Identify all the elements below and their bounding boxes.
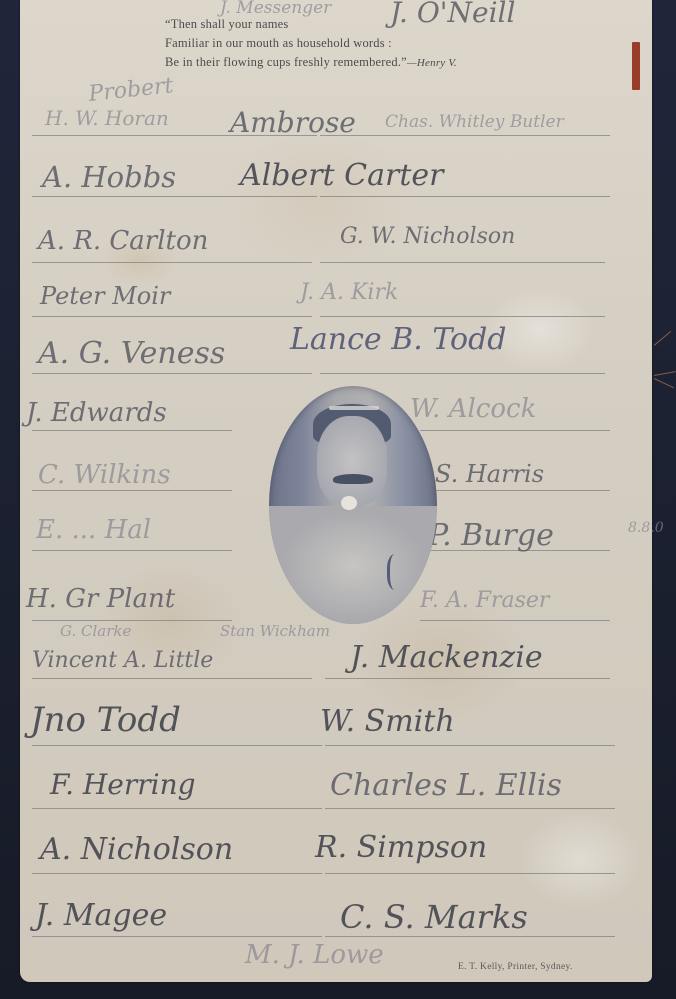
rule-left-13 [32, 873, 322, 874]
signature-left-8: E. ... Hal [36, 515, 151, 545]
rule-right-5 [320, 373, 605, 374]
signature-right-3: G. W. Nicholson [340, 224, 515, 249]
quote-line-3: Be in their flowing cups freshly remembe… [165, 53, 605, 73]
signature-left-5: A. G. Veness [38, 336, 225, 371]
rule-left-3 [32, 262, 312, 263]
printed-quote: “Then shall your names Familiar in our m… [165, 15, 605, 73]
portrait-jersey [269, 506, 437, 624]
signature-messenger: J. Messenger [220, 0, 331, 18]
red-tab-marker [632, 42, 640, 90]
signature-extra-wickham: Stan Wickham [220, 622, 330, 640]
rule-left-8 [32, 550, 232, 551]
signature-right-4: J. A. Kirk [300, 280, 398, 305]
signature-right-10: J. Mackenzie [350, 640, 543, 675]
portrait-headband [329, 406, 379, 410]
signature-extra-butler: Chas. Whitley Butler [385, 112, 564, 132]
signature-left-2: A. Hobbs [42, 160, 176, 194]
player-portrait [269, 386, 437, 624]
portrait-collar [341, 496, 357, 510]
rule-left-7 [32, 490, 232, 491]
signature-left-3: A. R. Carlton [38, 226, 208, 256]
signature-right-1: Ambrose [230, 106, 356, 139]
rule-right-11 [325, 745, 615, 746]
quote-line-2: Familiar in our mouth as household words… [165, 34, 605, 53]
rule-left-9 [32, 620, 232, 621]
signature-left-9: H. Gr Plant [26, 584, 175, 614]
signature-probert: Probert [87, 73, 174, 107]
signature-left-14: J. Magee [35, 898, 167, 933]
rule-left-4 [32, 316, 312, 317]
signature-extra-annotation: 8.8.0 [628, 520, 664, 536]
rule-right-14 [325, 936, 615, 937]
rule-right-13 [325, 873, 615, 874]
signature-right-14: C. S. Marks [340, 898, 528, 936]
signature-right-6: W. Alcock [410, 394, 536, 424]
portrait-face [317, 416, 387, 506]
signature-right-13: R. Simpson [315, 830, 487, 865]
signature-right-2: Albert Carter [240, 158, 443, 193]
signature-left-1: H. W. Horan [45, 106, 169, 130]
signature-extra-clarke: G. Clarke [60, 622, 131, 640]
quote-attribution: —Henry V. [407, 57, 457, 69]
fern-icon [387, 554, 406, 590]
rule-right-4 [320, 316, 605, 317]
signature-right-11: W. Smith [320, 704, 455, 739]
signature-right-9: F. A. Fraser [420, 588, 549, 613]
signature-oneill: J. O'Neill [390, 0, 515, 29]
portrait-mustache [333, 474, 373, 484]
rule-left-12 [32, 808, 322, 809]
signature-right-5: Lance B. Todd [290, 322, 507, 357]
rule-left-11 [32, 745, 322, 746]
signature-right-7: S. Harris [435, 460, 544, 488]
autograph-card: “Then shall your names Familiar in our m… [20, 0, 652, 982]
signature-right-8: P. Burge [428, 518, 554, 553]
signature-right-12: Charles L. Ellis [330, 768, 562, 803]
printer-imprint: E. T. Kelly, Printer, Sydney. [458, 962, 573, 972]
signature-left-11: Jno Todd [30, 700, 181, 740]
rule-left-10 [32, 678, 312, 679]
rule-right-12 [325, 808, 615, 809]
rule-right-1 [320, 135, 610, 136]
rule-right-3 [320, 262, 605, 263]
rule-left-14 [32, 936, 322, 937]
rule-right-2 [320, 196, 610, 197]
rule-right-10 [325, 678, 610, 679]
rule-right-6 [420, 430, 610, 431]
rule-right-9 [420, 620, 610, 621]
signature-left-12: F. Herring [50, 768, 196, 801]
signature-extra-lowe: M. J. Lowe [245, 940, 384, 970]
rule-left-2 [32, 196, 317, 197]
rule-left-5 [32, 373, 312, 374]
signature-left-13: A. Nicholson [40, 832, 233, 867]
signature-left-4: Peter Moir [40, 282, 170, 310]
rule-right-7 [420, 490, 610, 491]
signature-left-6: J. Edwards [26, 398, 167, 428]
signature-left-10: Vincent A. Little [32, 648, 213, 673]
rule-left-6 [32, 430, 232, 431]
signature-left-7: C. Wilkins [38, 460, 171, 490]
